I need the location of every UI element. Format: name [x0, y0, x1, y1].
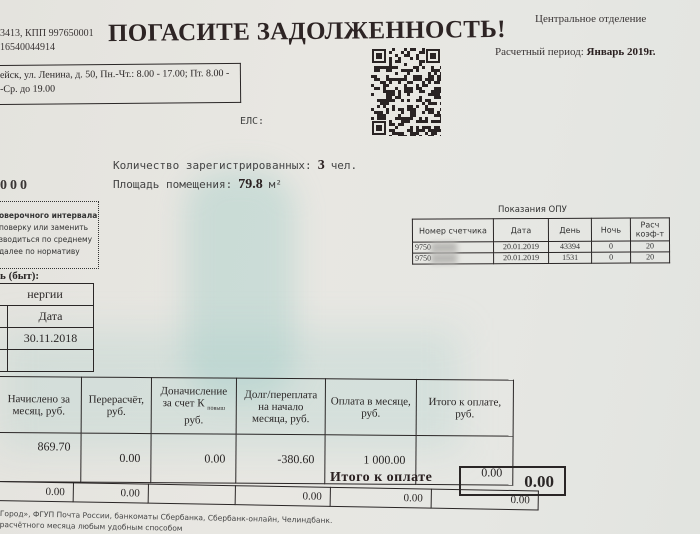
table-row: 869.70 0.00 0.00 -380.60 1 000.00 0.00 [0, 433, 513, 486]
verification-notice: оверочного интервала поверку или заменит… [0, 201, 99, 269]
period-value: Январь 2019г. [587, 46, 656, 58]
total-label: Итого к оплате [330, 470, 432, 486]
col-day: День [548, 218, 591, 241]
electricity-meter-table: нергии Дата 30.11.2018 [0, 283, 94, 372]
payment-methods-note: Город», ФГУП Почта России, банкоматы Сбе… [0, 508, 333, 534]
area-value: 79.8 [238, 177, 263, 192]
opu-title: Показания ОПУ [498, 205, 567, 215]
col-surcharge: Доначисление за счет К повышруб. [151, 378, 236, 435]
redacted-blur [431, 243, 457, 253]
redacted-blur [431, 254, 457, 264]
table-row: 0.00 0.00 0.00 0.00 0.00 [0, 482, 538, 510]
table-row: 9750 20.01.2019 1531 0 20 [413, 252, 670, 265]
col-coef: Расч коэф-т [630, 218, 669, 241]
col-night: Ночь [591, 218, 630, 241]
billing-period: Расчетный период: Январь 2019г. [495, 46, 655, 58]
company-ids: 3413, КПП 997650001 16540044914 [0, 27, 94, 55]
address-line: ейск, ул. Ленина, д. 50, Пн.-Чт.: 8.00 -… [0, 67, 240, 83]
col-total: Итого к оплате, руб. [416, 379, 513, 436]
col-debt: Долг/переплата на начало месяца, руб. [236, 378, 325, 435]
col-meter: Номер счетчика [412, 219, 493, 242]
room-area: Площадь помещения:79.8м² [113, 177, 282, 193]
branch-name: Центральное отделение [535, 13, 646, 25]
page-title: ПОГАСИТЕ ЗАДОЛЖЕННОСТЬ! [108, 16, 506, 48]
registered-value: 3 [318, 158, 325, 173]
period-label: Расчетный период: [495, 46, 584, 58]
inn-kpp: 3413, КПП 997650001 [0, 27, 94, 41]
qr-code-icon [371, 48, 441, 136]
col-recalc: Перерасчёт, руб. [81, 377, 151, 433]
electricity-label: ь (быт): [0, 270, 39, 282]
col-paid: Оплата в месяце, руб. [325, 379, 416, 436]
address-line: -Ср. до 19.00 [0, 81, 240, 97]
account-number-fragment: 000 [0, 178, 30, 194]
meter-header: нергии [0, 284, 94, 306]
els-label: ЕЛС: [240, 116, 264, 127]
charges-table: Начислено за месяц, руб. Перерасчёт, руб… [0, 376, 514, 486]
col-accrued: Начислено за месяц, руб. [0, 377, 81, 434]
registered-count: Количество зарегистрированных:3чел. [113, 158, 357, 174]
col-date: Дата [493, 218, 548, 241]
address-box: ейск, ул. Ленина, д. 50, Пн.-Чт.: 8.00 -… [0, 63, 241, 105]
ogrn: 16540044914 [0, 41, 94, 55]
date-value: 30.11.2018 [8, 328, 94, 350]
opu-table: Номер счетчика Дата День Ночь Расч коэф-… [412, 217, 670, 265]
date-header: Дата [8, 306, 94, 328]
